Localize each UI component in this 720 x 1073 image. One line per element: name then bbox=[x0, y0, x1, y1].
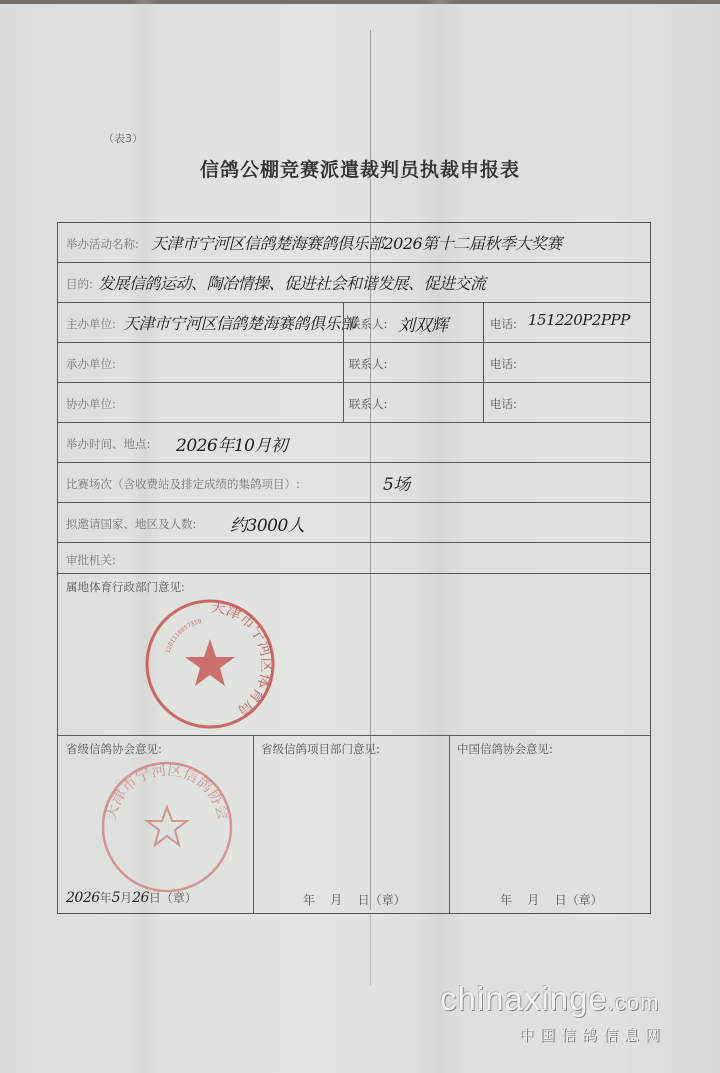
seal-graphic: 天津市宁河区信鸽协会 bbox=[97, 757, 237, 897]
host-value[interactable]: 天津市宁河区信鸽楚海赛鸽俱乐部 bbox=[123, 311, 356, 334]
column-divider bbox=[483, 343, 484, 382]
form-code: （表3） bbox=[103, 130, 143, 146]
date-year[interactable]: 2026 bbox=[66, 890, 100, 906]
row-host: 主办单位: 天津市宁河区信鸽楚海赛鸽俱乐部 联系人: 刘双辉 电话: 15122… bbox=[58, 303, 650, 343]
column-divider bbox=[343, 383, 344, 422]
co-organizer-contact-label: 联系人: bbox=[349, 396, 387, 412]
month-unit: 月 bbox=[330, 893, 342, 907]
svg-text:天津市宁河区信鸽协会: 天津市宁河区信鸽协会 bbox=[101, 761, 232, 822]
provincial-dept-opinion-label: 省级信鸽项目部门意见: bbox=[261, 741, 380, 757]
paper-fold-line bbox=[370, 915, 371, 985]
rounds-label: 比赛场次（含收费站及排定成绩的集鸽项目）: bbox=[66, 476, 300, 492]
china-association-opinion-label: 中国信鸽协会意见: bbox=[457, 741, 553, 757]
column-divider bbox=[343, 343, 344, 382]
row-rounds: 比赛场次（含收费站及排定成绩的集鸽项目）: 5场 bbox=[58, 463, 650, 503]
invitees-label: 拟邀请国家、地区及人数: bbox=[66, 516, 196, 532]
host-phone-label: 电话: bbox=[490, 316, 517, 332]
watermark-domain: chinaxinge.com bbox=[440, 980, 659, 1018]
row-purpose: 目的: 发展信鸽运动、陶冶情操、促进社会和谐发展、促进交流 bbox=[58, 263, 650, 303]
time-place-label: 举办时间、地点: bbox=[66, 436, 150, 452]
page-title: 信鸽公棚竞赛派遣裁判员执裁申报表 bbox=[0, 155, 720, 182]
time-place-value[interactable]: 2026年10月初 bbox=[176, 431, 287, 456]
row-invitees: 拟邀请国家、地区及人数: 约3000人 bbox=[58, 503, 650, 543]
pigeon-association-seal: 天津市宁河区信鸽协会 bbox=[97, 757, 237, 897]
column-divider bbox=[483, 303, 484, 342]
watermark-site-name: 中国信鸽信息网 bbox=[519, 1024, 666, 1045]
watermark-domain-name: chinaxinge bbox=[440, 980, 608, 1017]
day-seal-suffix: 日（章） bbox=[555, 893, 603, 907]
column-divider bbox=[483, 383, 484, 422]
column-divider bbox=[343, 303, 344, 342]
svg-text:1201110057359: 1201110057359 bbox=[164, 618, 202, 654]
watermark-tld: .com bbox=[608, 990, 660, 1015]
china-association-date: 年 月 日（章） bbox=[500, 891, 603, 908]
organizer-label: 承办单位: bbox=[66, 356, 116, 372]
day-seal-suffix: 日（章） bbox=[358, 893, 406, 907]
row-activity-name: 举办活动名称: 天津市宁河区信鸽楚海赛鸽俱乐部2026第十二届秋季大奖赛 bbox=[58, 223, 650, 263]
rounds-value[interactable]: 5场 bbox=[383, 470, 410, 495]
activity-name-label: 举办活动名称: bbox=[66, 236, 139, 252]
co-organizer-phone-label: 电话: bbox=[490, 396, 517, 412]
sports-bureau-seal: 天津市宁河区体育局 1201110057359 bbox=[143, 597, 277, 731]
row-co-organizer: 协办单位: 联系人: 电话: bbox=[58, 383, 650, 423]
host-contact-label: 联系人: bbox=[349, 316, 387, 332]
provincial-association-opinion-label: 省级信鸽协会意见: bbox=[66, 741, 162, 757]
host-label: 主办单位: bbox=[66, 316, 116, 332]
column-divider bbox=[253, 736, 254, 913]
co-organizer-label: 协办单位: bbox=[66, 396, 116, 412]
row-organizer: 承办单位: 联系人: 电话: bbox=[58, 343, 650, 383]
year-unit: 年 bbox=[303, 893, 315, 907]
activity-name-value[interactable]: 天津市宁河区信鸽楚海赛鸽俱乐部2026第十二届秋季大奖赛 bbox=[151, 231, 562, 254]
local-sports-dept-label: 属地体育行政部门意见: bbox=[66, 579, 185, 595]
month-unit: 月 bbox=[527, 893, 539, 907]
seal-graphic: 天津市宁河区体育局 1201110057359 bbox=[143, 597, 277, 731]
host-contact-value[interactable]: 刘双辉 bbox=[398, 311, 448, 336]
organizer-phone-label: 电话: bbox=[490, 356, 517, 372]
row-approval: 审批机关: bbox=[58, 543, 650, 574]
invitees-value[interactable]: 约3000人 bbox=[230, 511, 304, 536]
column-divider bbox=[449, 736, 450, 913]
organizer-contact-label: 联系人: bbox=[349, 356, 387, 372]
purpose-value[interactable]: 发展信鸽运动、陶冶情操、促进社会和谐发展、促进交流 bbox=[98, 271, 486, 294]
row-time-place: 举办时间、地点: 2026年10月初 bbox=[58, 423, 650, 463]
host-phone-value[interactable]: 151220P2PPP bbox=[528, 311, 630, 329]
approval-label: 审批机关: bbox=[66, 552, 116, 568]
provincial-dept-date: 年 月 日（章） bbox=[303, 891, 406, 908]
purpose-label: 目的: bbox=[66, 276, 93, 292]
year-unit: 年 bbox=[500, 893, 512, 907]
photo-top-edge bbox=[0, 0, 720, 4]
